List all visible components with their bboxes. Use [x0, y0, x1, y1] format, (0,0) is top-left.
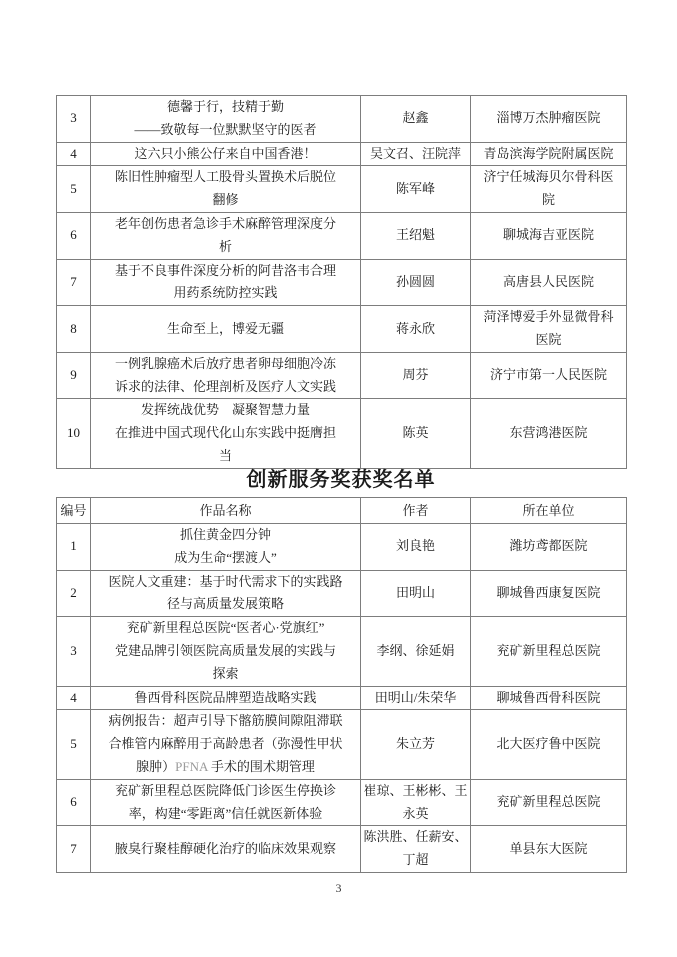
cell-title: 陈旧性肿瘤型人工股骨头置换术后脱位 翻修: [91, 166, 361, 213]
cell-unit: 东营鸿港医院: [471, 399, 627, 468]
table-row: 5病例报告：超声引导下髂筋膜间隙阻滞联 合椎管内麻醉用于高龄患者（弥漫性甲状 腺…: [57, 710, 627, 779]
cell-author: 周芬: [361, 352, 471, 399]
cell-title: 生命至上，博爱无疆: [91, 306, 361, 353]
cell-title: 德馨于行，技精于勤 ——致敬每一位默默坚守的医者: [91, 96, 361, 143]
cell-no: 4: [57, 142, 91, 166]
cell-no: 2: [57, 570, 91, 617]
cell-no: 5: [57, 710, 91, 779]
cell-no: 7: [57, 259, 91, 306]
table-row: 4这六只小熊公仔来自中国香港！吴文召、汪院萍青岛滨海学院附属医院: [57, 142, 627, 166]
section-title: 创新服务奖获奖名单: [56, 467, 626, 494]
table-row: 3德馨于行，技精于勤 ——致敬每一位默默坚守的医者赵鑫淄博万杰肿瘤医院: [57, 96, 627, 143]
table-row: 2医院人文重建：基于时代需求下的实践路 径与高质量发展策略田明山聊城鲁西康复医院: [57, 570, 627, 617]
document-page: 3德馨于行，技精于勤 ——致敬每一位默默坚守的医者赵鑫淄博万杰肿瘤医院4这六只小…: [0, 0, 677, 957]
cell-title: 腋臭行聚桂醇硬化治疗的临床效果观察: [91, 826, 361, 873]
cell-unit: 青岛滨海学院附属医院: [471, 142, 627, 166]
table-row: 8生命至上，博爱无疆蒋永欣菏泽博爱手外显微骨科 医院: [57, 306, 627, 353]
cell-unit: 聊城海吉亚医院: [471, 212, 627, 259]
table-row: 5陈旧性肿瘤型人工股骨头置换术后脱位 翻修陈军峰济宁任城海贝尔骨科医 院: [57, 166, 627, 213]
cell-no: 9: [57, 352, 91, 399]
cell-title: 基于不良事件深度分析的阿昔洛韦合理 用药系统防控实践: [91, 259, 361, 306]
innovation-award-table: 编号 作品名称 作者 所在单位 1抓住黄金四分钟 成为生命“摆渡人”刘良艳潍坊鸢…: [56, 497, 627, 873]
table-row: 7基于不良事件深度分析的阿昔洛韦合理 用药系统防控实践孙圆圆高唐县人民医院: [57, 259, 627, 306]
cell-no: 1: [57, 524, 91, 571]
cell-author: 崔琼、王彬彬、王 永英: [361, 779, 471, 826]
cell-author: 陈洪胜、任薪安、 丁超: [361, 826, 471, 873]
cell-author: 朱立芳: [361, 710, 471, 779]
cell-unit: 兖矿新里程总医院: [471, 617, 627, 686]
cell-no: 8: [57, 306, 91, 353]
cell-no: 4: [57, 686, 91, 710]
cell-title: 兖矿新里程总医院“医者心·党旗红” 党建品牌引领医院高质量发展的实践与 探索: [91, 617, 361, 686]
cell-author: 刘良艳: [361, 524, 471, 571]
cell-author: 赵鑫: [361, 96, 471, 143]
cell-title: 一例乳腺癌术后放疗患者卵母细胞冷冻 诉求的法律、伦理剖析及医疗人文实践: [91, 352, 361, 399]
cell-unit: 潍坊鸢都医院: [471, 524, 627, 571]
cell-unit: 菏泽博爱手外显微骨科 医院: [471, 306, 627, 353]
cell-no: 6: [57, 212, 91, 259]
cell-title: 抓住黄金四分钟 成为生命“摆渡人”: [91, 524, 361, 571]
cell-title: 老年创伤患者急诊手术麻醉管理深度分 析: [91, 212, 361, 259]
table-row: 6兖矿新里程总医院降低门诊医生停换诊 率，构建“零距离”信任就医新体验崔琼、王彬…: [57, 779, 627, 826]
cell-unit: 淄博万杰肿瘤医院: [471, 96, 627, 143]
cell-title: 发挥统战优势 凝聚智慧力量 在推进中国式现代化山东实践中挺膺担 当: [91, 399, 361, 468]
cell-unit: 济宁任城海贝尔骨科医 院: [471, 166, 627, 213]
header-unit: 所在单位: [471, 498, 627, 524]
cell-title: 病例报告：超声引导下髂筋膜间隙阻滞联 合椎管内麻醉用于高龄患者（弥漫性甲状 腺肿…: [91, 710, 361, 779]
award-table-continued-body: 3德馨于行，技精于勤 ——致敬每一位默默坚守的医者赵鑫淄博万杰肿瘤医院4这六只小…: [57, 96, 627, 469]
cell-author: 田明山/朱荣华: [361, 686, 471, 710]
cell-author: 孙圆圆: [361, 259, 471, 306]
header-no: 编号: [57, 498, 91, 524]
table-row: 1抓住黄金四分钟 成为生命“摆渡人”刘良艳潍坊鸢都医院: [57, 524, 627, 571]
table-row: 6老年创伤患者急诊手术麻醉管理深度分 析王绍魁聊城海吉亚医院: [57, 212, 627, 259]
table-row: 10发挥统战优势 凝聚智慧力量 在推进中国式现代化山东实践中挺膺担 当陈英东营鸿…: [57, 399, 627, 468]
table-row: 4鲁西骨科医院品牌塑造战略实践田明山/朱荣华聊城鲁西骨科医院: [57, 686, 627, 710]
header-title: 作品名称: [91, 498, 361, 524]
cell-no: 7: [57, 826, 91, 873]
cell-no: 6: [57, 779, 91, 826]
cell-no: 3: [57, 96, 91, 143]
cell-title: 这六只小熊公仔来自中国香港！: [91, 142, 361, 166]
award-table-continued: 3德馨于行，技精于勤 ——致敬每一位默默坚守的医者赵鑫淄博万杰肿瘤医院4这六只小…: [56, 95, 627, 469]
cell-unit: 济宁市第一人民医院: [471, 352, 627, 399]
cell-unit: 单县东大医院: [471, 826, 627, 873]
cell-author: 王绍魁: [361, 212, 471, 259]
table-row: 3兖矿新里程总医院“医者心·党旗红” 党建品牌引领医院高质量发展的实践与 探索李…: [57, 617, 627, 686]
cell-unit: 北大医疗鲁中医院: [471, 710, 627, 779]
cell-author: 吴文召、汪院萍: [361, 142, 471, 166]
cell-title: 兖矿新里程总医院降低门诊医生停换诊 率，构建“零距离”信任就医新体验: [91, 779, 361, 826]
cell-unit: 兖矿新里程总医院: [471, 779, 627, 826]
title-run: 手术的围术期管理: [208, 759, 315, 774]
cell-author: 陈军峰: [361, 166, 471, 213]
cell-author: 蒋永欣: [361, 306, 471, 353]
cell-author: 李纲、徐延娟: [361, 617, 471, 686]
page-number: 3: [0, 881, 677, 896]
cell-unit: 聊城鲁西骨科医院: [471, 686, 627, 710]
innovation-award-table-body: 1抓住黄金四分钟 成为生命“摆渡人”刘良艳潍坊鸢都医院2医院人文重建：基于时代需…: [57, 524, 627, 873]
table-row: 9一例乳腺癌术后放疗患者卵母细胞冷冻 诉求的法律、伦理剖析及医疗人文实践周芬济宁…: [57, 352, 627, 399]
cell-unit: 高唐县人民医院: [471, 259, 627, 306]
cell-author: 田明山: [361, 570, 471, 617]
header-author: 作者: [361, 498, 471, 524]
cell-no: 3: [57, 617, 91, 686]
cell-title: 医院人文重建：基于时代需求下的实践路 径与高质量发展策略: [91, 570, 361, 617]
cell-unit: 聊城鲁西康复医院: [471, 570, 627, 617]
table-row: 7腋臭行聚桂醇硬化治疗的临床效果观察陈洪胜、任薪安、 丁超单县东大医院: [57, 826, 627, 873]
cell-author: 陈英: [361, 399, 471, 468]
header-row: 编号 作品名称 作者 所在单位: [57, 498, 627, 524]
cell-no: 5: [57, 166, 91, 213]
cell-no: 10: [57, 399, 91, 468]
cell-title: 鲁西骨科医院品牌塑造战略实践: [91, 686, 361, 710]
title-run-muted: PFNA: [175, 759, 208, 774]
